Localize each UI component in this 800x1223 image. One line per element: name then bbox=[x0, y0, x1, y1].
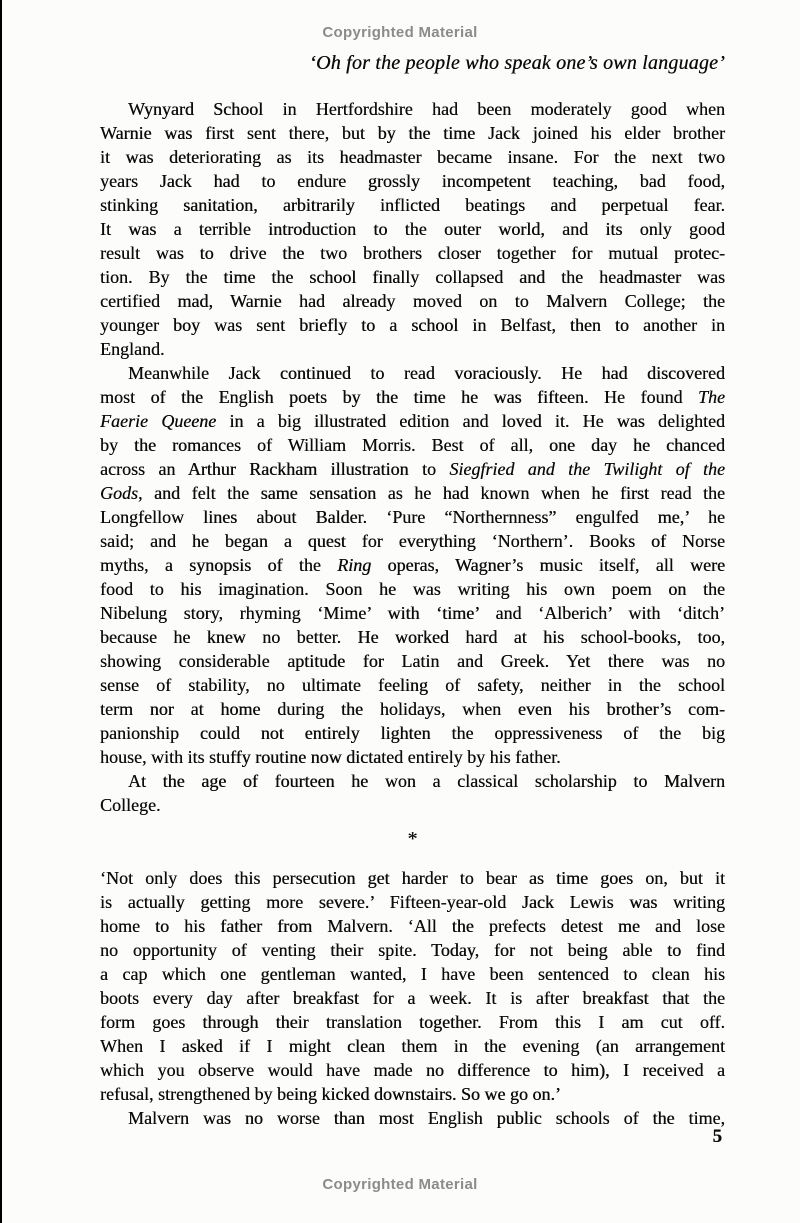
paragraph: At the age of fourteen he won a classica… bbox=[100, 769, 725, 817]
text-line: ‘Not only does this persecution get hard… bbox=[100, 866, 725, 890]
text-line: panionship could not entirely lighten th… bbox=[100, 721, 725, 745]
text-line: because he knew no better. He worked har… bbox=[100, 625, 725, 649]
text-line: by the romances of William Morris. Best … bbox=[100, 433, 725, 457]
section-separator: * bbox=[100, 817, 725, 866]
text-line: Malvern was no worse than most English p… bbox=[100, 1106, 725, 1130]
text-line: boots every day after breakfast for a we… bbox=[100, 986, 725, 1010]
text-line: England. bbox=[100, 337, 725, 361]
text-line: refusal, strengthened by being kicked do… bbox=[100, 1082, 725, 1106]
text-line: is actually getting more severe.’ Fiftee… bbox=[100, 890, 725, 914]
text-block: Wynyard School in Hertfordshire had been… bbox=[100, 97, 725, 1130]
text-line: When I asked if I might clean them in th… bbox=[100, 1034, 725, 1058]
text-line: no opportunity of venting their spite. T… bbox=[100, 938, 725, 962]
text-line: form goes through their translation toge… bbox=[100, 1010, 725, 1034]
paragraph: Meanwhile Jack continued to read voracio… bbox=[100, 361, 725, 769]
text-line: years Jack had to endure grossly incompe… bbox=[100, 169, 725, 193]
paragraph: Malvern was no worse than most English p… bbox=[100, 1106, 725, 1130]
italic-title: Faerie Queene bbox=[100, 411, 216, 431]
text-line: certified mad, Warnie had already moved … bbox=[100, 289, 725, 313]
text-line: Warnie was first sent there, but by the … bbox=[100, 121, 725, 145]
text-line: Gods, and felt the same sensation as he … bbox=[100, 481, 725, 505]
paragraph: ‘Not only does this persecution get hard… bbox=[100, 866, 725, 1106]
text-line: Faerie Queene in a big illustrated editi… bbox=[100, 409, 725, 433]
text-line: most of the English poets by the time he… bbox=[100, 385, 725, 409]
chapter-epigraph: ‘Oh for the people who speak one’s own l… bbox=[309, 52, 725, 75]
text-line: across an Arthur Rackham illustration to… bbox=[100, 457, 725, 481]
italic-title: Siegfried and the Twilight of the bbox=[449, 459, 725, 479]
text-line: Nibelung story, rhyming ‘Mime’ with ‘tim… bbox=[100, 601, 725, 625]
text-line: said; and he began a quest for everythin… bbox=[100, 529, 725, 553]
copyright-banner-bottom: Copyrighted Material bbox=[0, 1176, 800, 1193]
text-line: sense of stability, no ultimate feeling … bbox=[100, 673, 725, 697]
italic-title: Ring bbox=[337, 555, 371, 575]
text-line: term nor at home during the holidays, wh… bbox=[100, 697, 725, 721]
text-line: stinking sanitation, arbitrarily inflict… bbox=[100, 193, 725, 217]
text-line: Longfellow lines about Balder. ‘Pure “No… bbox=[100, 505, 725, 529]
scan-edge-artifact bbox=[0, 0, 2, 1223]
text-line: It was a terrible introduction to the ou… bbox=[100, 217, 725, 241]
text-line: a cap which one gentleman wanted, I have… bbox=[100, 962, 725, 986]
text-line: tion. By the time the school finally col… bbox=[100, 265, 725, 289]
text-line: Wynyard School in Hertfordshire had been… bbox=[100, 97, 725, 121]
text-line: which you observe would have made no dif… bbox=[100, 1058, 725, 1082]
text-line: myths, a synopsis of the Ring operas, Wa… bbox=[100, 553, 725, 577]
italic-title: The bbox=[698, 387, 725, 407]
text-line: home to his father from Malvern. ‘All th… bbox=[100, 914, 725, 938]
text-line: result was to drive the two brothers clo… bbox=[100, 241, 725, 265]
copyright-banner-top: Copyrighted Material bbox=[0, 24, 800, 41]
text-line: food to his imagination. Soon he was wri… bbox=[100, 577, 725, 601]
text-line: At the age of fourteen he won a classica… bbox=[100, 769, 725, 793]
page-number: 5 bbox=[713, 1126, 723, 1148]
text-line: younger boy was sent briefly to a school… bbox=[100, 313, 725, 337]
text-line: house, with its stuffy routine now dicta… bbox=[100, 745, 725, 769]
text-line: it was deteriorating as its headmaster b… bbox=[100, 145, 725, 169]
text-line: Meanwhile Jack continued to read voracio… bbox=[100, 361, 725, 385]
italic-title: Gods, bbox=[100, 483, 143, 503]
text-line: College. bbox=[100, 793, 725, 817]
text-line: showing considerable aptitude for Latin … bbox=[100, 649, 725, 673]
paragraph: Wynyard School in Hertfordshire had been… bbox=[100, 97, 725, 361]
